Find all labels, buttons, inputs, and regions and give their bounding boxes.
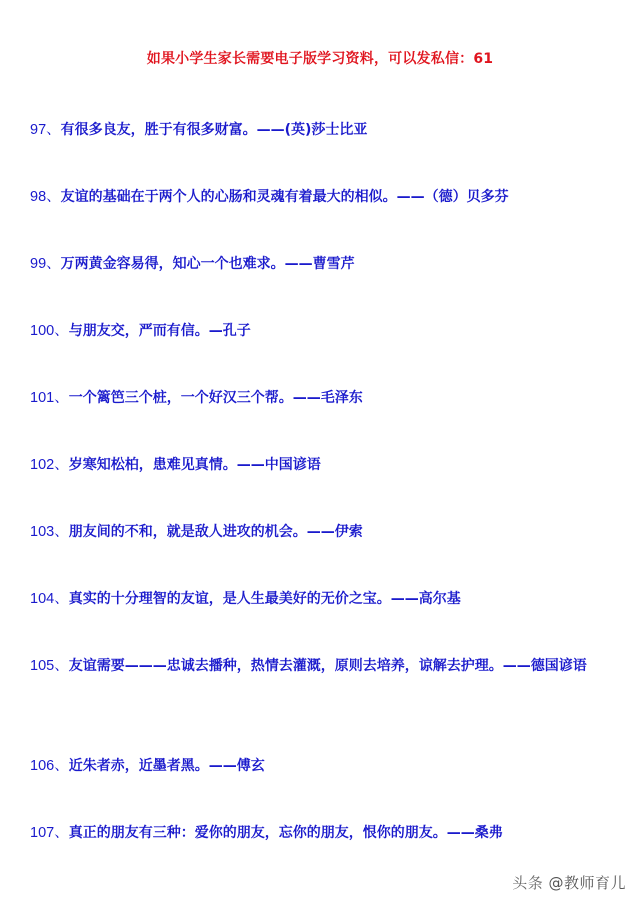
quote-text: 万两黄金容易得，知心一个也难求。——曹雪芹 — [61, 256, 355, 272]
quote-104: 104、真实的十分理智的友谊，是人生最美好的无价之宝。——高尔基 — [30, 589, 620, 609]
quote-98: 98、友谊的基础在于两个人的心肠和灵魂有着最大的相似。——（德）贝多芬 — [30, 187, 620, 207]
quote-text: 近朱者赤，近墨者黑。——傅玄 — [69, 758, 265, 774]
quote-number: 107、 — [30, 825, 69, 841]
quote-text: 朋友间的不和，就是敌人进攻的机会。——伊索 — [69, 524, 363, 540]
quote-text: 友谊需要———忠诚去播种，热情去灌溉，原则去培养，谅解去护理。——德国谚语 — [69, 658, 587, 674]
quote-text: 友谊的基础在于两个人的心肠和灵魂有着最大的相似。——（德）贝多芬 — [61, 189, 509, 205]
quote-105: 105、友谊需要———忠诚去播种，热情去灌溉，原则去培养，谅解去护理。——德国谚… — [30, 648, 612, 684]
quote-97: 97、有很多良友，胜于有很多财富。——(英)莎士比亚 — [30, 120, 620, 140]
quote-99: 99、万两黄金容易得，知心一个也难求。——曹雪芹 — [30, 254, 620, 274]
quote-text: 有很多良友，胜于有很多财富。——(英)莎士比亚 — [61, 122, 368, 138]
watermark-handle: @教师育儿 — [548, 874, 626, 892]
quote-number: 100、 — [30, 323, 69, 339]
quote-text: 真正的朋友有三种：爱你的朋友，忘你的朋友，恨你的朋友。——桑弗 — [69, 825, 503, 841]
quote-number: 104、 — [30, 591, 69, 607]
quote-text: 与朋友交，严而有信。—孔子 — [69, 323, 251, 339]
quote-text: 真实的十分理智的友谊，是人生最美好的无价之宝。——高尔基 — [69, 591, 461, 607]
quote-number: 99、 — [30, 256, 61, 272]
quote-number: 97、 — [30, 122, 61, 138]
quote-101: 101、一个篱笆三个桩，一个好汉三个帮。——毛泽东 — [30, 388, 620, 408]
quote-number: 98、 — [30, 189, 61, 205]
quote-number: 102、 — [30, 457, 69, 473]
quote-107: 107、真正的朋友有三种：爱你的朋友，忘你的朋友，恨你的朋友。——桑弗 — [30, 823, 620, 843]
quote-100: 100、与朋友交，严而有信。—孔子 — [30, 321, 620, 341]
quote-number: 101、 — [30, 390, 69, 406]
watermark: 头条 @教师育儿 — [512, 872, 626, 893]
quote-number: 106、 — [30, 758, 69, 774]
quote-text: 一个篱笆三个桩，一个好汉三个帮。——毛泽东 — [69, 390, 363, 406]
quote-number: 103、 — [30, 524, 69, 540]
header-note: 如果小学生家长需要电子版学习资料，可以发私信：61 — [0, 48, 640, 68]
quote-106: 106、近朱者赤，近墨者黑。——傅玄 — [30, 756, 620, 776]
watermark-brand: 头条 — [512, 874, 543, 892]
quote-102: 102、岁寒知松柏，患难见真情。——中国谚语 — [30, 455, 620, 475]
quote-text: 岁寒知松柏，患难见真情。——中国谚语 — [69, 457, 321, 473]
quote-number: 105、 — [30, 658, 69, 674]
quote-103: 103、朋友间的不和，就是敌人进攻的机会。——伊索 — [30, 522, 620, 542]
